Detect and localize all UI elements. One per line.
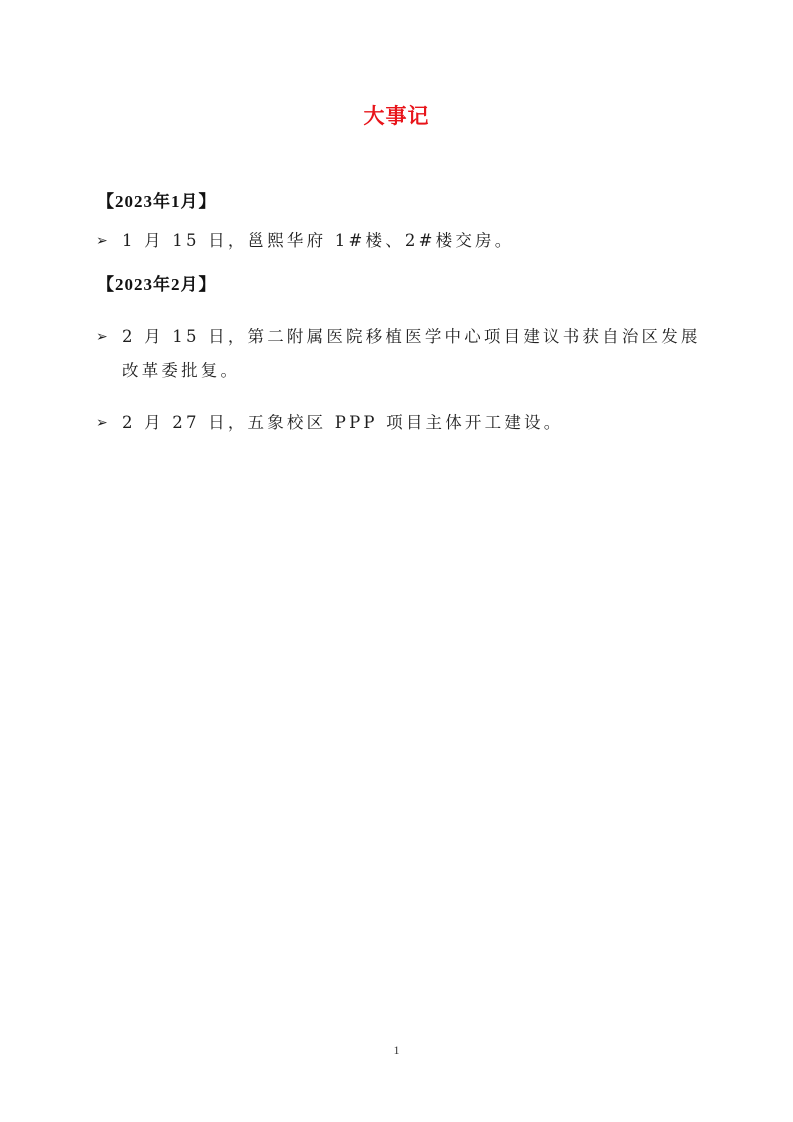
list-item-text: 2 月 15 日，第二附属医院移植医学中心项目建议书获自治区发展改革委批复。 xyxy=(96,320,706,388)
section-header-2023-01: 【2023年1月】 xyxy=(97,187,217,212)
list-item: ➢ 2 月 15 日，第二附属医院移植医学中心项目建议书获自治区发展改革委批复。 xyxy=(96,320,706,388)
list-item-text: 1 月 15 日，邕熙华府 1#楼、2#楼交房。 xyxy=(96,224,706,258)
section-header-2023-02: 【2023年2月】 xyxy=(97,270,217,295)
list-item: ➢ 1 月 15 日，邕熙华府 1#楼、2#楼交房。 xyxy=(96,224,706,258)
arrow-bullet-icon: ➢ xyxy=(96,320,108,354)
list-item-text: 2 月 27 日，五象校区 PPP 项目主体开工建设。 xyxy=(96,406,706,440)
arrow-bullet-icon: ➢ xyxy=(96,224,108,258)
list-item: ➢ 2 月 27 日，五象校区 PPP 项目主体开工建设。 xyxy=(96,406,706,440)
page-number: 1 xyxy=(0,1043,793,1058)
arrow-bullet-icon: ➢ xyxy=(96,406,108,440)
page-title: 大事记 xyxy=(0,100,793,130)
